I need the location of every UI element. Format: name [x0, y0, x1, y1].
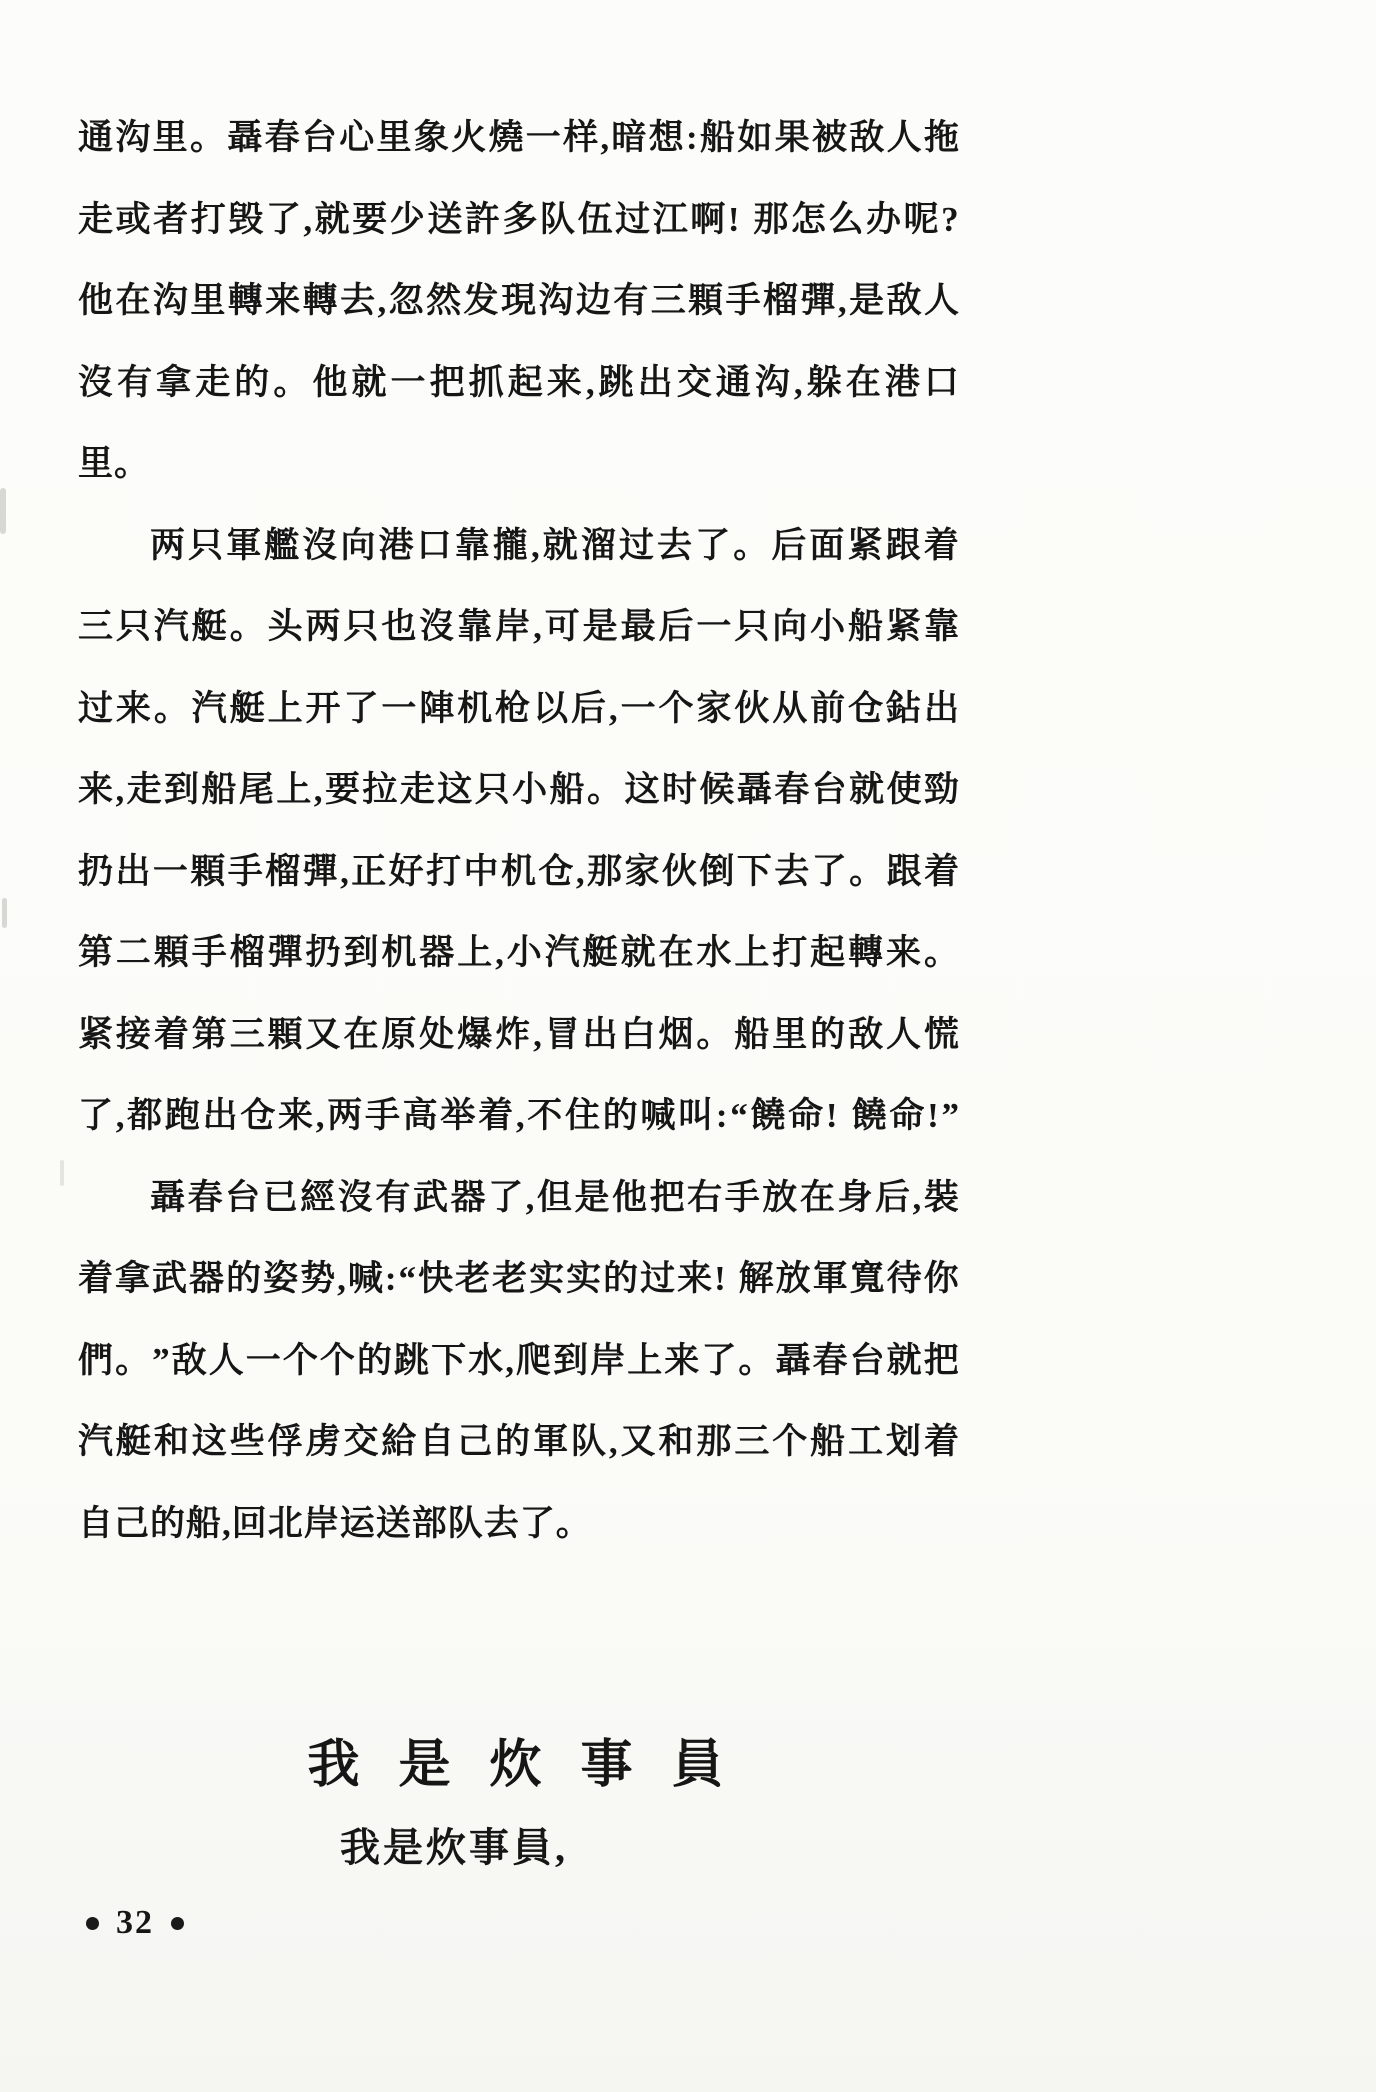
text-line: 汽艇和这些俘虏交給自己的軍队,又和那三个船工划着 [78, 1401, 960, 1483]
page-number: • 32 • [86, 1898, 184, 1948]
text-line: 沒有拿走的。他就一把抓起来,跳出交通沟,躲在港口 [78, 342, 960, 424]
text-line: 三只汽艇。头两只也沒靠岸,可是最后一只向小船紧靠 [78, 586, 960, 668]
scan-artifact [60, 1160, 64, 1186]
text-line: 紧接着第三顆又在原处爆炸,冒出白烟。船里的敌人慌 [78, 994, 960, 1076]
text-line: 里。 [78, 423, 960, 505]
section-title: 我 是 炊 事 員 [78, 1722, 960, 1810]
text-line: 过来。汽艇上开了一陣机枪以后,一个家伙从前仓鉆出 [78, 668, 960, 750]
scan-artifact [0, 488, 6, 534]
bullet-icon: • [86, 1917, 99, 1930]
body-text: 通沟里。聶春台心里象火燒一样,暗想:船如果被敌人拖 走或者打毁了,就要少送許多队… [78, 97, 960, 1564]
poem-first-line: 我是炊事員, [340, 1806, 568, 1890]
paragraph: 聶春台已經沒有武器了,但是他把右手放在身后,裝 着拿武器的姿势,喊:“快老老实实… [78, 1157, 960, 1565]
text-line: 通沟里。聶春台心里象火燒一样,暗想:船如果被敌人拖 [78, 97, 960, 179]
text-line: 們。”敌人一个个的跳下水,爬到岸上来了。聶春台就把 [78, 1320, 960, 1402]
text-line: 第二顆手榴彈扔到机器上,小汽艇就在水上打起轉来。 [78, 912, 960, 994]
text-line: 着拿武器的姿势,喊:“快老老实实的过来! 解放軍寬待你 [78, 1238, 960, 1320]
text-line: 两只軍艦沒向港口靠攏,就溜过去了。后面紧跟着 [78, 505, 960, 587]
text-line: 扔出一顆手榴彈,正好打中机仓,那家伙倒下去了。跟着 [78, 831, 960, 913]
bullet-icon: • [171, 1917, 184, 1930]
paragraph: 两只軍艦沒向港口靠攏,就溜过去了。后面紧跟着 三只汽艇。头两只也沒靠岸,可是最后… [78, 505, 960, 1157]
text-line: 了,都跑出仓来,两手高举着,不住的喊叫:“饒命! 饒命!” [78, 1075, 960, 1157]
paragraph: 通沟里。聶春台心里象火燒一样,暗想:船如果被敌人拖 走或者打毁了,就要少送許多队… [78, 97, 960, 505]
scan-artifact [2, 898, 7, 928]
text-line: 他在沟里轉来轉去,忽然发現沟边有三顆手榴彈,是敌人 [78, 260, 960, 342]
text-line: 自己的船,回北岸运送部队去了。 [78, 1483, 960, 1565]
page-number-value: 32 [116, 1904, 154, 1942]
text-line: 走或者打毁了,就要少送許多队伍过江啊! 那怎么办呢? [78, 179, 960, 261]
text-line: 聶春台已經沒有武器了,但是他把右手放在身后,裝 [78, 1157, 960, 1239]
scanned-book-page: 通沟里。聶春台心里象火燒一样,暗想:船如果被敌人拖 走或者打毁了,就要少送許多队… [0, 0, 1376, 2092]
text-line: 来,走到船尾上,要拉走这只小船。这时候聶春台就使勁 [78, 749, 960, 831]
